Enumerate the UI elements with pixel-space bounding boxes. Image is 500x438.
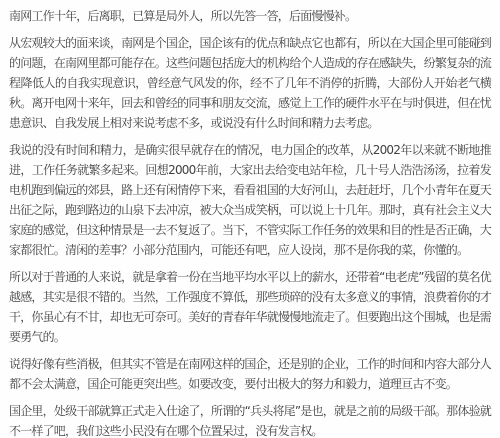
paragraph-macro-view: 从宏观较大的面来谈，南网是个国企，国企该有的优点和缺点它也都有，所以在大国企里可… <box>9 33 491 133</box>
paragraph-intro: 南网工作十年，后离职，已算是局外人，所以先答一答，后面慢慢补。 <box>9 6 491 26</box>
paragraph-salary: 所以对于普通的人来说，就是拿着一份在当地平均水平以上的薪水，还带着“电老虎”残留… <box>9 267 491 347</box>
answer-text-page: 南网工作十年，后离职，已算是局外人，所以先答一答，后面慢慢补。 从宏观较大的面来… <box>0 0 500 438</box>
paragraph-conclusion: 说得好像有些消极，但其实不管是在南网这样的国企，还是别的企业，工作的时间和内容大… <box>9 354 491 394</box>
paragraph-reform-history: 我说的没有时间和精力，是确实很早就存在的情况，电力国企的改革，从2002年以来就… <box>9 140 491 260</box>
paragraph-cadre: 国企里，处级干部就算正式走入仕途了，所谓的“兵头将尾”是也，就是之前的局级干部。… <box>9 401 491 438</box>
